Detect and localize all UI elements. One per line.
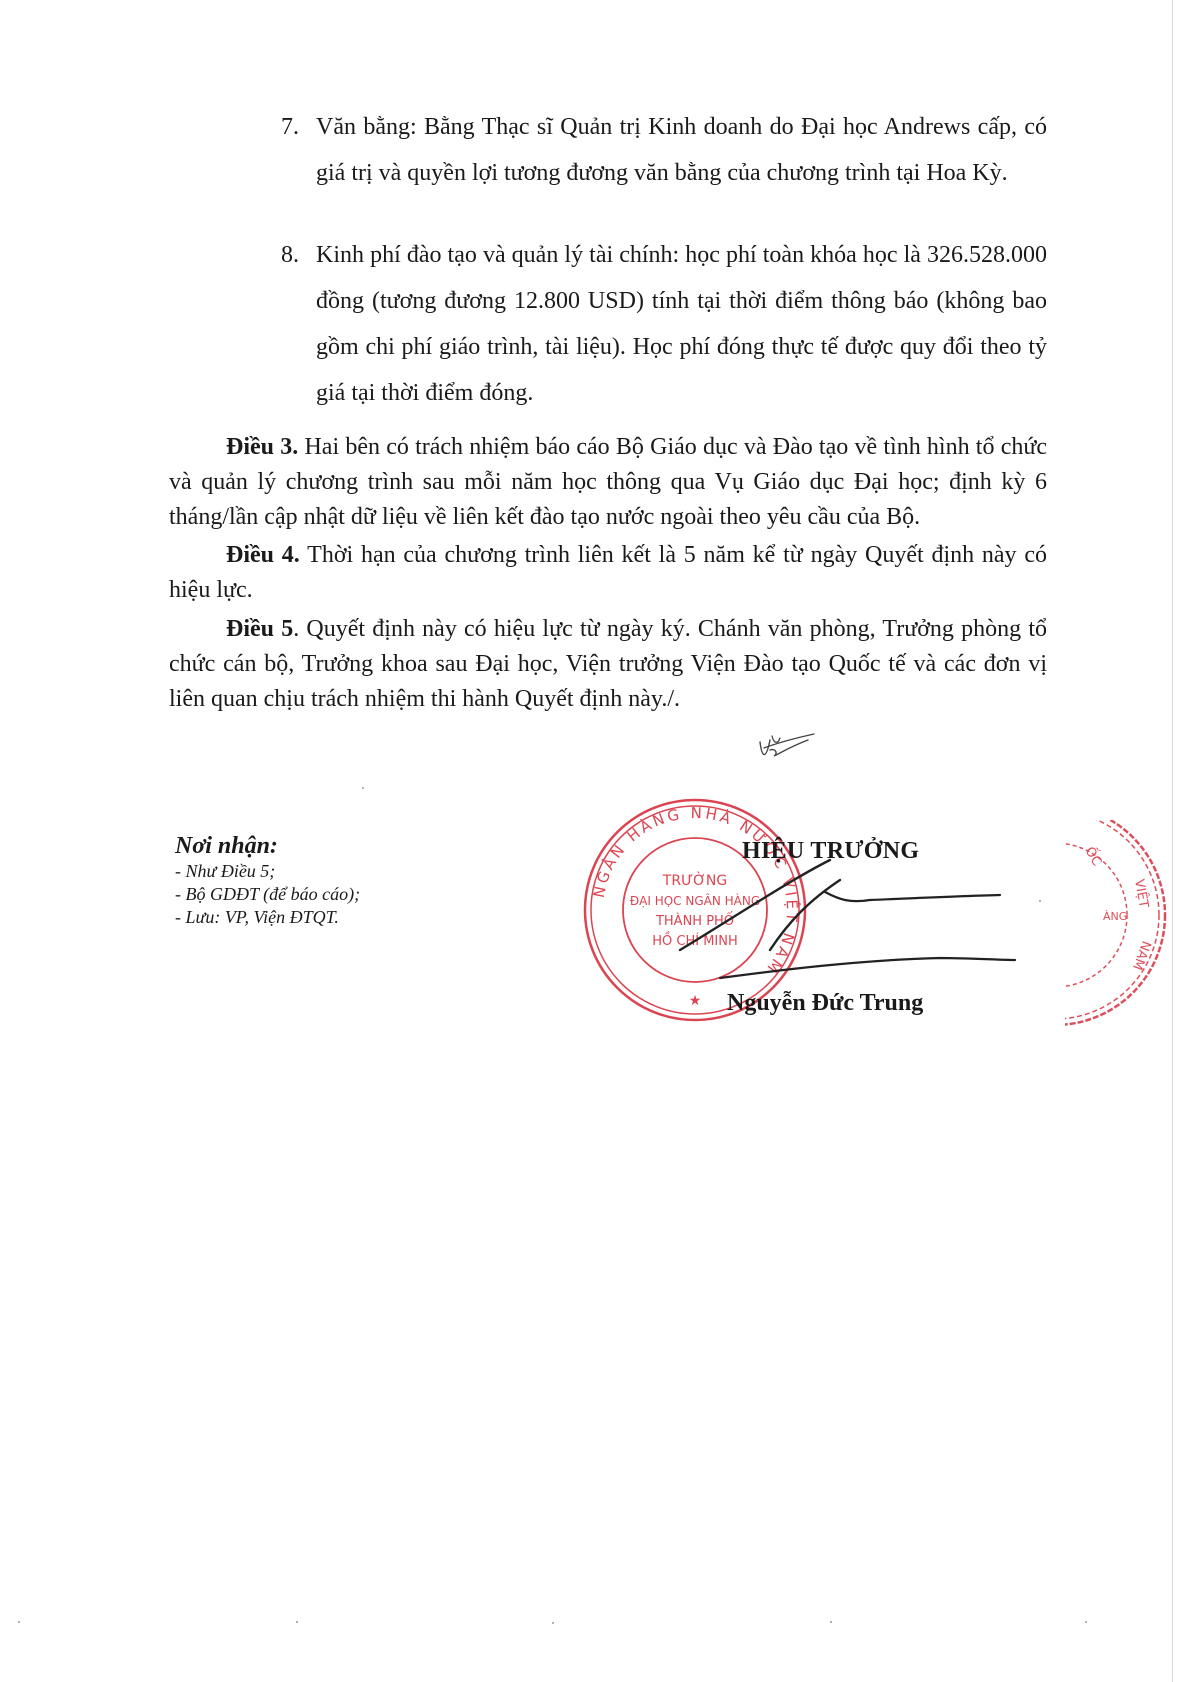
recipient-line: - Bộ GDĐT (để báo cáo);: [175, 883, 360, 906]
scan-speck: [1039, 900, 1041, 902]
stamp-line: THÀNH PHỐ: [655, 912, 734, 929]
list-number: 7.: [281, 104, 299, 150]
svg-text:ỐC: ỐC: [1082, 844, 1106, 869]
scan-speck: [830, 1621, 832, 1623]
article-label: Điều 3.: [226, 434, 298, 460]
article-label: Điều 4.: [226, 542, 300, 568]
list-item-8: 8. Kinh phí đào tạo và quản lý tài chính…: [281, 232, 1047, 416]
article-text: . Quyết định này có hiệu lực từ ngày ký.…: [169, 616, 1047, 712]
svg-text:VIỆT: VIỆT: [1131, 878, 1152, 909]
scan-speck: [552, 1622, 554, 1624]
recipient-line: - Như Điều 5;: [175, 860, 360, 883]
initial-mark-icon: [752, 730, 812, 766]
stamp-star-icon: ★: [689, 993, 702, 1009]
signature-title: HIỆU TRƯỞNG: [742, 838, 919, 865]
stamp-line: TRƯỜNG: [662, 871, 727, 889]
scan-speck: [362, 787, 364, 789]
list-text: Văn bằng: Bằng Thạc sĩ Quản trị Kinh doa…: [316, 104, 1047, 196]
recipients-title: Nơi nhận:: [175, 832, 360, 860]
svg-text:ÀNG: ÀNG: [1103, 910, 1127, 923]
stamp-line: ĐẠI HỌC NGÂN HÀNG: [630, 893, 760, 908]
scan-speck: [296, 1621, 298, 1623]
scan-speck: [1085, 1621, 1087, 1623]
signer-name: Nguyễn Đức Trung: [727, 990, 923, 1017]
list-text: Kinh phí đào tạo và quản lý tài chính: h…: [316, 232, 1047, 416]
list-item-7: 7. Văn bằng: Bằng Thạc sĩ Quản trị Kinh …: [281, 104, 1047, 196]
list-number: 8.: [281, 232, 299, 278]
stamp-line: HỒ CHÍ MINH: [652, 932, 738, 949]
svg-text:NAM: NAM: [1129, 939, 1153, 972]
recipients-block: Nơi nhận: - Như Điều 5; - Bộ GDĐT (để bá…: [175, 832, 360, 929]
article-text: Hai bên có trách nhiệm báo cáo Bộ Giáo d…: [169, 434, 1047, 530]
article-5: Điều 5. Quyết định này có hiệu lực từ ng…: [169, 612, 1047, 717]
article-4: Điều 4. Thời hạn của chương trình liên k…: [169, 538, 1047, 608]
article-text: Thời hạn của chương trình liên kết là 5 …: [169, 542, 1047, 603]
article-3: Điều 3. Hai bên có trách nhiệm báo cáo B…: [169, 430, 1047, 535]
scan-speck: [18, 1621, 20, 1623]
recipient-line: - Lưu: VP, Viện ĐTQT.: [175, 906, 360, 929]
article-label: Điều 5: [226, 616, 293, 642]
partial-stamp-icon: ỐC VIỆT NAM ÀNG: [1065, 820, 1185, 1050]
